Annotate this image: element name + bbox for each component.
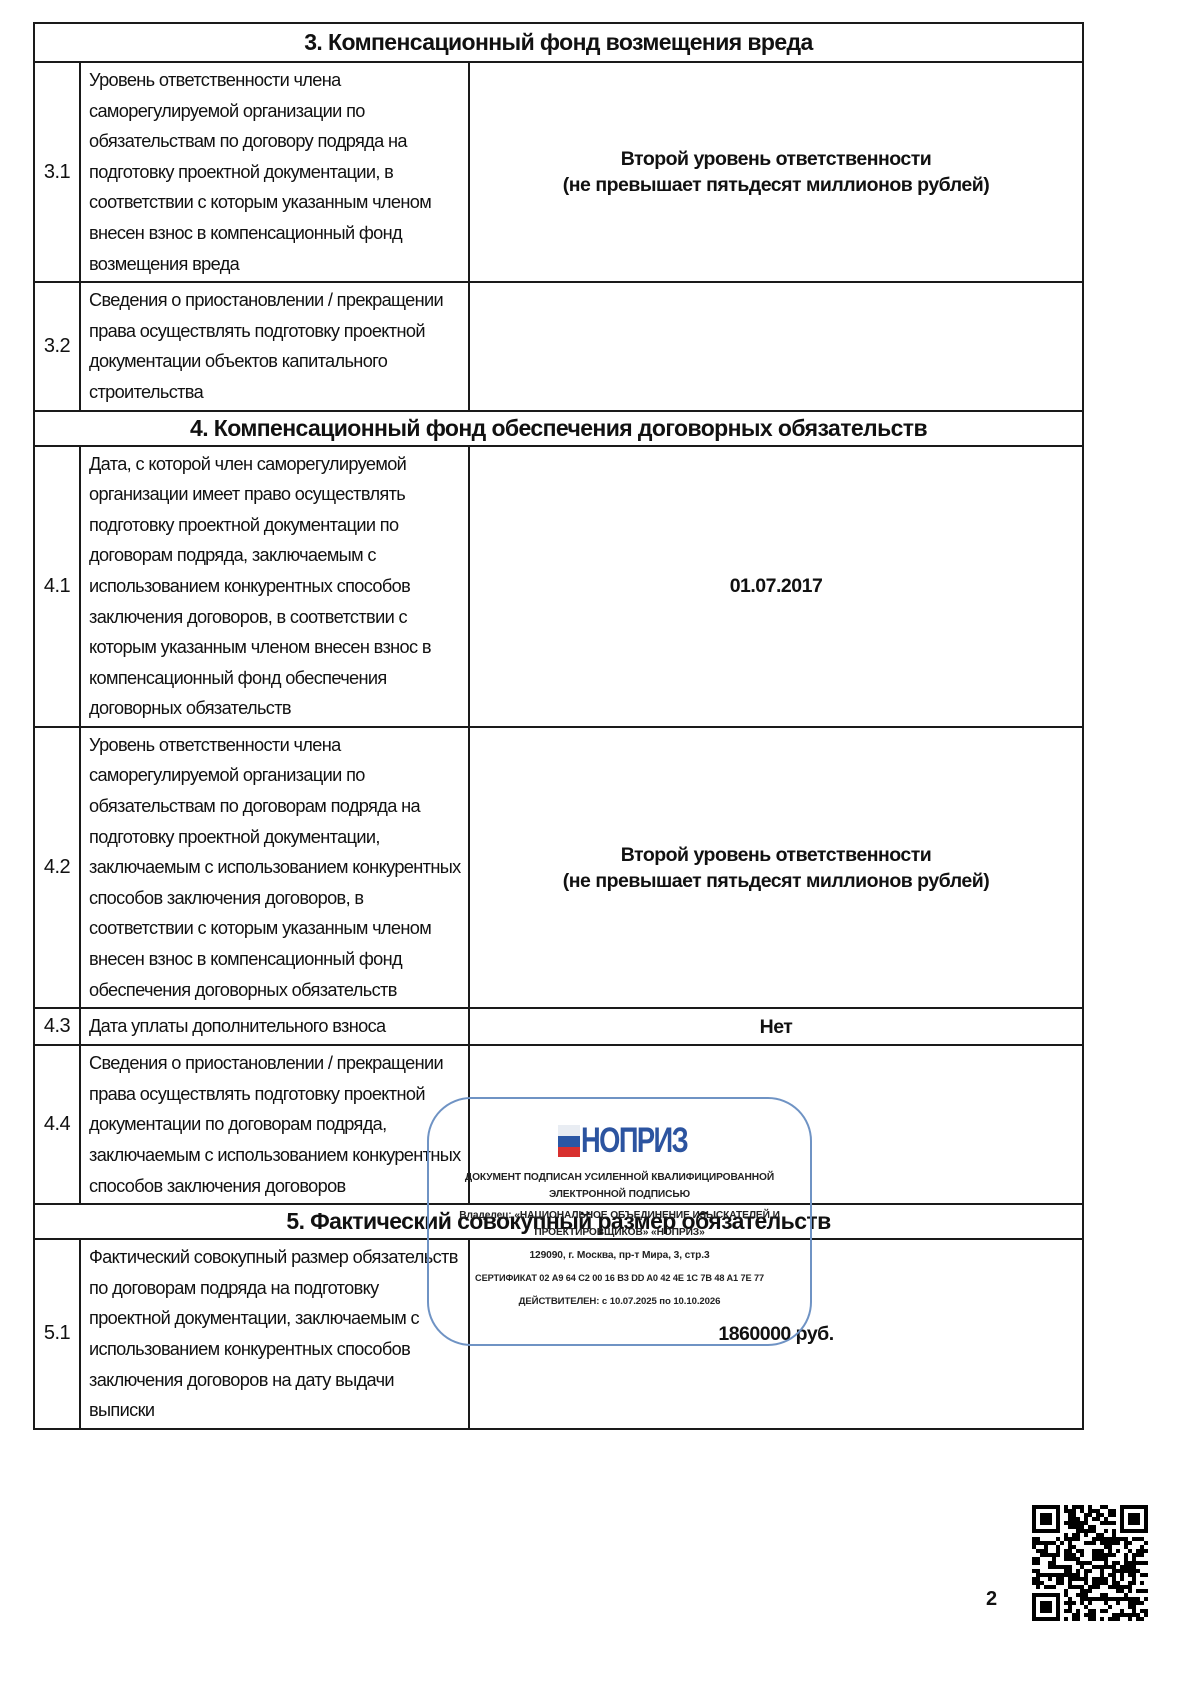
qr-code-icon <box>1032 1505 1148 1621</box>
row-value <box>469 282 1083 410</box>
logo-text: НОПРИЗ <box>581 1121 659 1161</box>
row-description: Сведения о приостановлении / прекращении… <box>80 1045 469 1204</box>
section-header: 4. Компенсационный фонд обеспечения дого… <box>34 411 1083 446</box>
owner-address: 129090, г. Москва, пр-т Мира, 3, стр.3 <box>429 1247 810 1264</box>
row-description: Дата, с которой член саморегулируемой ор… <box>80 446 469 727</box>
row-value-line: (не превышает пятьдесят миллионов рублей… <box>470 868 1082 894</box>
row-value-line: (не превышает пятьдесят миллионов рублей… <box>470 172 1082 198</box>
row-number: 4.1 <box>34 446 80 727</box>
row-number: 4.3 <box>34 1008 80 1045</box>
russian-flag-icon <box>558 1125 580 1157</box>
row-description: Дата уплаты дополнительного взноса <box>80 1008 469 1045</box>
row-description: Фактический совокупный размер обязательс… <box>80 1239 469 1429</box>
table-row: 3.2Сведения о приостановлении / прекраще… <box>34 282 1083 410</box>
row-value-line: 01.07.2017 <box>470 573 1082 599</box>
row-value: Второй уровень ответственности(не превыш… <box>469 62 1083 282</box>
certificate-validity: ДЕЙСТВИТЕЛЕН: с 10.07.2025 по 10.10.2026 <box>429 1293 810 1310</box>
owner-line-1: Владелец: «НАЦИОНАЛЬНОЕ ОБЪЕДИНЕНИЕ ИЗЫС… <box>429 1207 810 1224</box>
row-value-line: Второй уровень ответственности <box>470 146 1082 172</box>
table-row: 4.1Дата, с которой член саморегулируемой… <box>34 446 1083 727</box>
row-number: 5.1 <box>34 1239 80 1429</box>
section-header: 3. Компенсационный фонд возмещения вреда <box>34 23 1083 62</box>
section-title: 4. Компенсационный фонд обеспечения дого… <box>34 411 1083 446</box>
signed-statement-line-1: ДОКУМЕНТ ПОДПИСАН УСИЛЕННОЙ КВАЛИФИЦИРОВ… <box>429 1169 810 1186</box>
table-row: 4.3Дата уплаты дополнительного взносаНет <box>34 1008 1083 1045</box>
row-number: 4.2 <box>34 727 80 1008</box>
page-number: 2 <box>986 1588 996 1611</box>
row-value: Нет <box>469 1008 1083 1045</box>
row-value: Второй уровень ответственности(не превыш… <box>469 727 1083 1008</box>
row-description: Уровень ответственности члена саморегули… <box>80 727 469 1008</box>
table-row: 4.2Уровень ответственности члена саморег… <box>34 727 1083 1008</box>
row-description: Уровень ответственности члена саморегули… <box>80 62 469 282</box>
electronic-signature-stamp: НОПРИЗ ДОКУМЕНТ ПОДПИСАН УСИЛЕННОЙ КВАЛИ… <box>427 1097 812 1346</box>
signed-statement-line-2: ЭЛЕКТРОННОЙ ПОДПИСЬЮ <box>429 1186 810 1203</box>
row-description: Сведения о приостановлении / прекращении… <box>80 282 469 410</box>
row-number: 3.1 <box>34 62 80 282</box>
certificate-number: СЕРТИФИКАТ 02 A9 64 C2 00 16 B3 DD A0 42… <box>429 1270 810 1287</box>
row-value: 01.07.2017 <box>469 446 1083 727</box>
section-title: 3. Компенсационный фонд возмещения вреда <box>34 23 1083 62</box>
row-value-line: Нет <box>470 1014 1082 1040</box>
row-number: 4.4 <box>34 1045 80 1204</box>
row-value-line: Второй уровень ответственности <box>470 842 1082 868</box>
row-number: 3.2 <box>34 282 80 410</box>
nopriz-logo: НОПРИЗ <box>429 1121 810 1161</box>
owner-line-2: ПРОЕКТИРОВЩИКОВ» «НОПРИЗ» <box>429 1224 810 1241</box>
table-row: 3.1Уровень ответственности члена саморег… <box>34 62 1083 282</box>
